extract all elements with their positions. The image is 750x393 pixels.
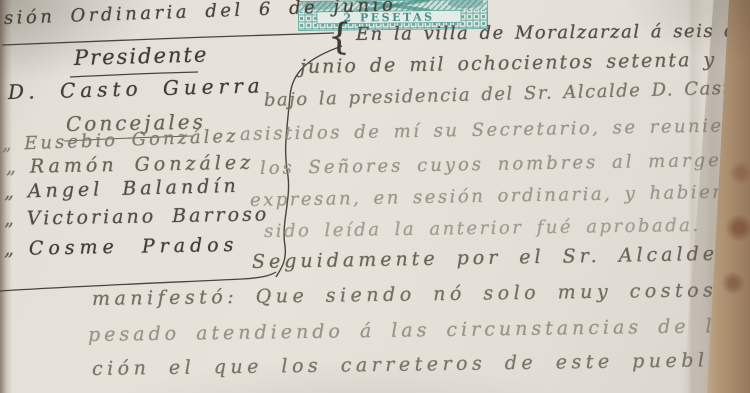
councillor-name: Eusebio González <box>24 126 239 154</box>
body-line: En la villa de Moralzarzal á seis de — <box>356 20 750 45</box>
body-line: los Señores cuyos nombres al margen se — <box>260 148 750 179</box>
councillor-row: „Eusebio González <box>2 126 239 155</box>
councillor-name: Victoriano Barroso <box>27 203 270 229</box>
body-line: Seguidamente por el Sr. Alcalde se <box>252 242 750 273</box>
body-line: pesado atendiendo á las circunstancias d… <box>88 314 750 346</box>
councillor-row: „Cosme Prados <box>4 234 239 260</box>
councillor-row: „Ramón González <box>6 152 255 178</box>
councillor-name: Ramón González <box>30 152 255 178</box>
body-line: ción el que los carreteros de este puebl… <box>92 347 750 380</box>
president-name: D. Casto Guerra <box>8 73 265 104</box>
manuscript-page: 2 PESETAS sión Ordinaria del 6 de junio … <box>0 0 750 393</box>
body-line: expresan, en sesión ordinaria, y habiend… <box>250 181 750 211</box>
body-line: asistidos de mí su Secretario, se reunie… <box>240 115 750 145</box>
councillor-name: Cosme Prados <box>29 234 239 260</box>
councillor-row: „Angel Balandín <box>4 175 240 203</box>
body-line: sido leída la anterior fué aprobada. <box>264 215 701 242</box>
councillor-name: Angel Balandín <box>28 175 240 203</box>
body-line: bajo la presidencia del Sr. Alcalde D. C… <box>264 75 750 111</box>
body-line: junio de mil ochocientos setenta y cinco… <box>300 47 750 78</box>
president-heading: Presidente <box>74 42 209 70</box>
body-line: manifestó: Que siendo nó solo muy costos… <box>92 278 750 310</box>
margin-brace: { <box>327 16 352 58</box>
councillor-row: „Victoriano Barroso <box>4 203 270 230</box>
binding-shadow <box>0 0 12 393</box>
